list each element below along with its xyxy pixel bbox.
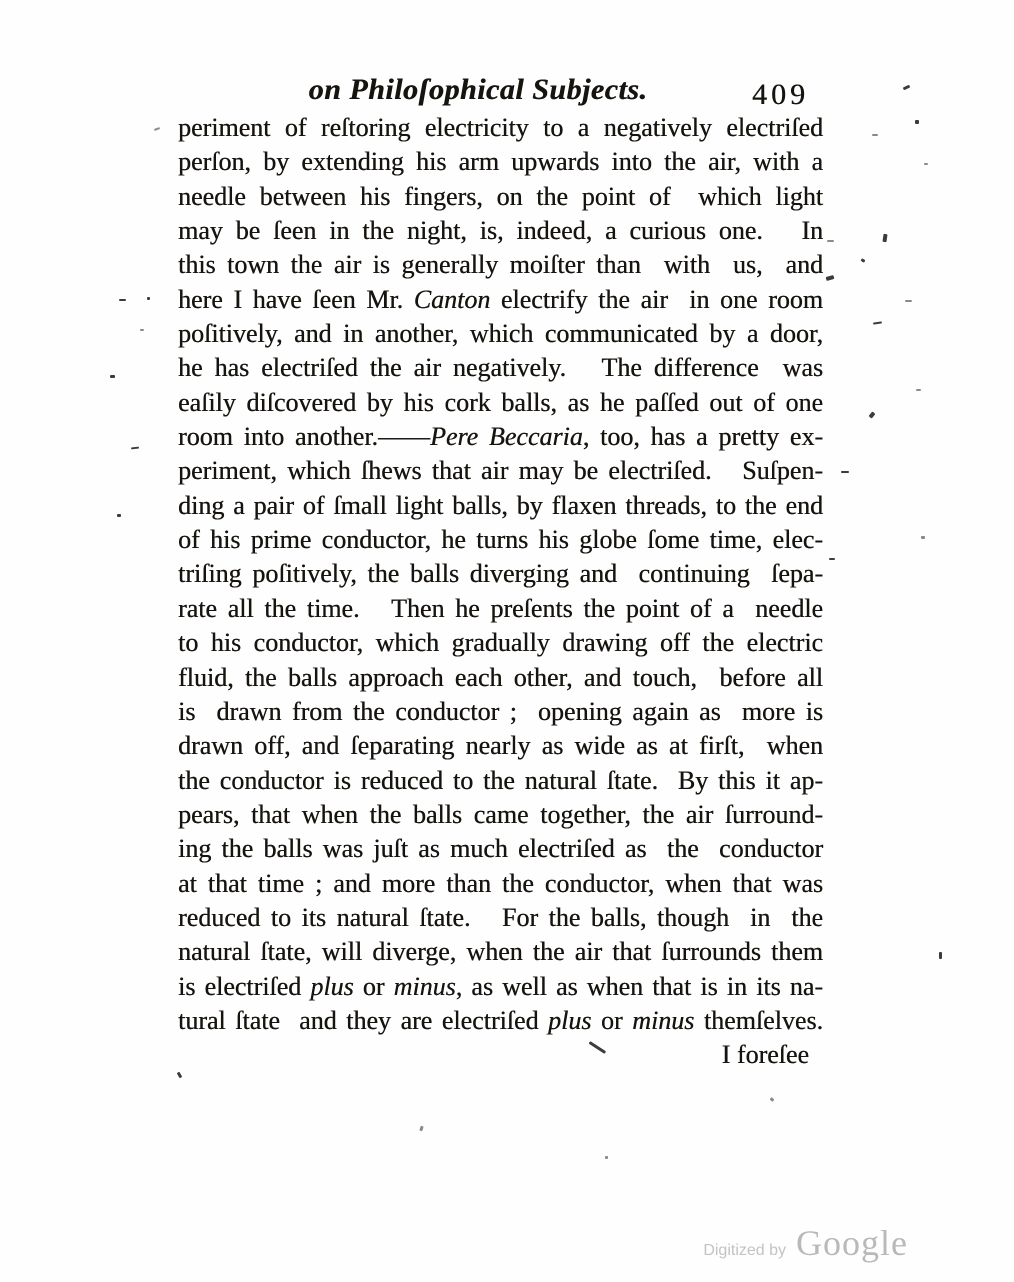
text-line: fluid, the balls approach each other, an… — [178, 661, 823, 695]
scan-speck — [903, 85, 911, 91]
scan-speck — [841, 471, 849, 473]
italic-phrase: plus — [548, 1006, 591, 1035]
scan-speck — [861, 258, 866, 263]
text-line: at that time ; and more than the conduct… — [178, 867, 823, 901]
page-number: 409 — [752, 78, 809, 112]
scan-speck — [882, 234, 887, 242]
text-line: perſon, by extending his arm upwards int… — [178, 145, 823, 179]
text-line: pears, that when the balls came together… — [178, 798, 823, 832]
text-line: poſitively, and in another, which commun… — [178, 317, 823, 351]
scan-speck — [924, 163, 928, 165]
text-line: ing the balls was juſt as much electriſe… — [178, 832, 823, 866]
scan-speck — [872, 134, 878, 136]
text-line: periment of reſtoring electricity to a n… — [178, 111, 823, 145]
scan-speck — [873, 321, 882, 324]
text-line: here I have ſeen Mr. Canton electrify th… — [178, 283, 823, 317]
italic-phrase: plus — [310, 972, 353, 1001]
text-line: room into another.——Pere Beccaria, too, … — [178, 420, 823, 454]
scan-speck — [140, 329, 144, 331]
scan-speck — [916, 389, 921, 391]
scan-speck — [939, 952, 942, 959]
scan-speck — [605, 1156, 608, 1159]
scan-speck — [869, 411, 876, 418]
italic-phrase: Pere Beccaria — [430, 422, 583, 451]
scan-speck — [131, 447, 139, 450]
text-line: triſing poſitively, the balls diverging … — [178, 557, 823, 591]
scan-speck — [147, 297, 150, 300]
scan-speck — [110, 375, 115, 378]
scan-speck — [177, 1072, 183, 1079]
digitized-by-label: Digitized by — [703, 1242, 786, 1260]
scanned-book-page: on Philoſophical Subjects. 409 periment … — [0, 0, 1014, 1282]
text-line: rate all the time. Then he preſents the … — [178, 592, 823, 626]
text-line: the conductor is reduced to the natural … — [178, 764, 823, 798]
scan-speck — [117, 514, 121, 517]
italic-phrase: minus — [632, 1006, 694, 1035]
scan-speck — [419, 1126, 423, 1132]
text-line: may be ſeen in the night, is, indeed, a … — [178, 214, 823, 248]
text-line: periment, which ſhews that air may be el… — [178, 454, 823, 488]
italic-phrase: Canton — [414, 285, 491, 314]
text-line: is electriſed plus or minus, as well as … — [178, 970, 823, 1004]
italic-phrase: minus — [394, 972, 456, 1001]
text-line: this town the air is generally moiſter t… — [178, 248, 823, 282]
scan-speck — [119, 299, 126, 301]
scan-speck — [827, 240, 834, 242]
scan-speck — [154, 127, 160, 131]
text-line: drawn off, and ſeparating nearly as wide… — [178, 729, 823, 763]
digitization-watermark: Digitized by Google — [703, 1222, 908, 1264]
scan-speck — [770, 1097, 775, 1102]
text-line: to his conductor, which gradually drawin… — [178, 626, 823, 660]
page-body-text: periment of reſtoring electricity to a n… — [178, 111, 823, 1073]
running-title: on Philoſophical Subjects. — [178, 72, 778, 108]
text-line: eaſily diſcovered by his cork balls, as … — [178, 386, 823, 420]
text-line: ding a pair of ſmall light balls, by fla… — [178, 489, 823, 523]
text-line: he has electriſed the air negatively. Th… — [178, 351, 823, 385]
scan-speck — [829, 558, 835, 560]
text-line: reduced to its natural ſtate. For the ba… — [178, 901, 823, 935]
text-line: natural ſtate, will diverge, when the ai… — [178, 935, 823, 969]
google-logo: Google — [796, 1222, 908, 1264]
scan-speck — [915, 120, 919, 124]
text-line: is drawn from the conductor ; opening ag… — [178, 695, 823, 729]
scan-speck — [921, 536, 925, 539]
scan-speck — [905, 300, 912, 302]
text-line: of his prime conductor, he turns his glo… — [178, 523, 823, 557]
text-line: tural ſtate and they are electriſed plus… — [178, 1004, 823, 1038]
catchword: I foreſee — [178, 1038, 823, 1072]
scan-speck — [826, 275, 835, 281]
text-line: needle between his fingers, on the point… — [178, 180, 823, 214]
